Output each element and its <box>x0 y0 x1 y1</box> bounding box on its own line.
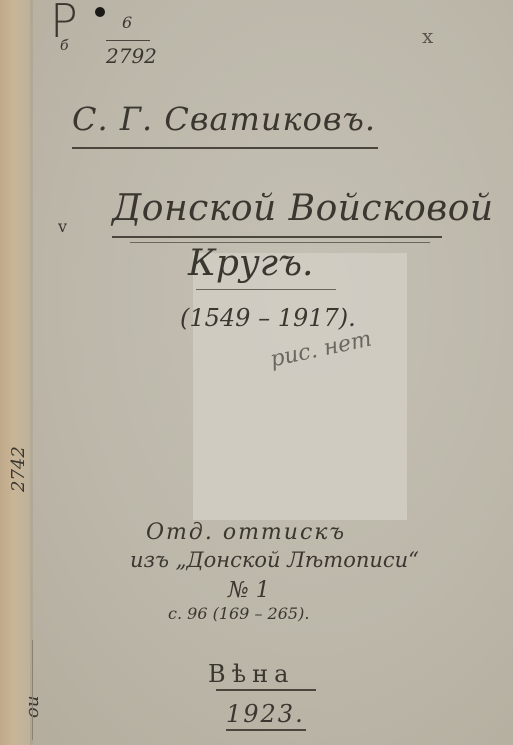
title-line-1: Донской Войсковой <box>112 188 494 229</box>
corner-mark: x <box>422 24 433 48</box>
offprint-pages: с. 96 (169 – 265). <box>168 604 309 623</box>
spine-fold-line <box>32 640 33 740</box>
publication-year: 1923. <box>226 700 305 728</box>
shelfmark-subscript: б <box>60 38 69 54</box>
offprint-line-2: изъ „Донской Лѣтописи“ <box>130 548 419 572</box>
scanned-page: Р б 6 2792 x С. Г. Сватиковъ. v Донской … <box>0 0 513 745</box>
offprint-issue: № 1 <box>228 578 270 603</box>
dates: (1549 – 1917). <box>180 304 356 332</box>
shelfmark-fraction-top: 6 <box>122 13 132 32</box>
ink-dot <box>95 7 105 17</box>
title-underline-2 <box>196 289 336 290</box>
author-underline <box>72 147 378 149</box>
title-underline-1a <box>112 236 442 238</box>
margin-mark: v <box>58 217 67 236</box>
fraction-line <box>106 40 150 41</box>
spine-edge <box>30 0 33 745</box>
binding-spine <box>0 0 30 745</box>
place-underline <box>216 689 316 691</box>
author-name: С. Г. Сватиковъ. <box>72 100 376 138</box>
offprint-line-1: Отд. оттискъ <box>146 520 346 545</box>
title-line-2: Кругъ. <box>188 243 313 284</box>
spine-number: 2742 <box>8 446 29 492</box>
year-underline <box>226 729 306 731</box>
publication-place: Вѣна <box>208 660 294 688</box>
pale-paper-patch <box>193 253 407 520</box>
shelfmark-fraction-bottom: 2792 <box>106 44 157 68</box>
